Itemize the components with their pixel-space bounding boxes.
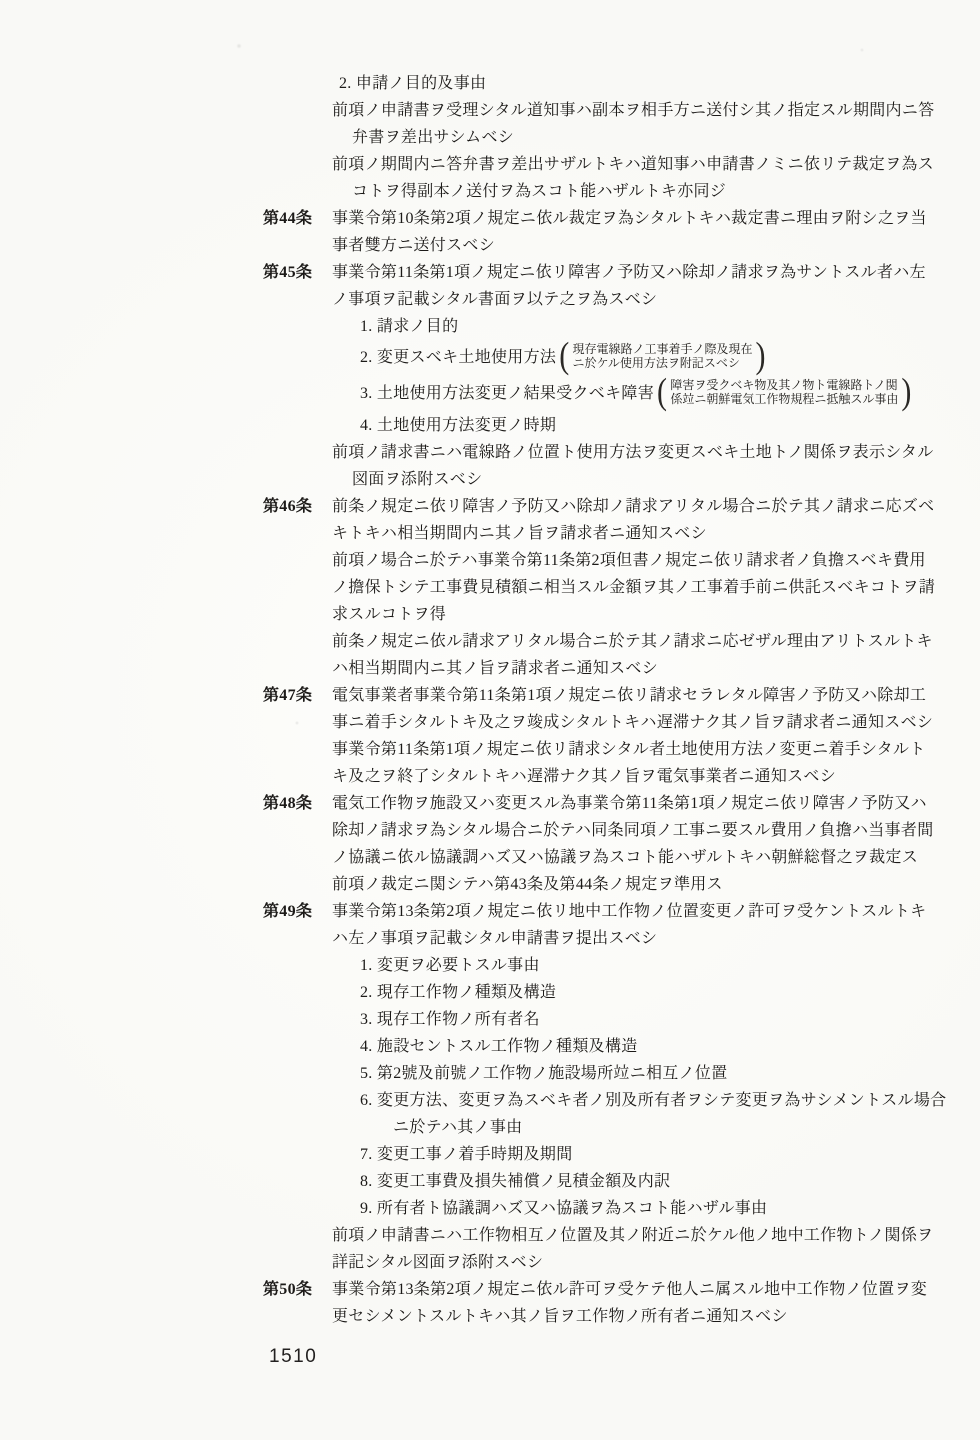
line-text: 前項ノ申請書ヲ受理シタル道知事ハ副本ヲ相手方ニ送付シ其ノ指定スル期間内ニ答 <box>332 97 934 124</box>
list-item-line: 6. 変更方法、変更ヲ為スベキ者ノ別及所有者ヲシテ変更ヲ為サシメントスル場合 <box>263 1087 953 1114</box>
line-text: ノ事項ヲ記載シタル書面ヲ以テ之ヲ為スベシ <box>332 286 657 313</box>
line-text: 前条ノ規定ニ依ル請求アリタル場合ニ於テ其ノ請求ニ応ゼザル理由アリトスルトキ <box>332 628 933 655</box>
page-number: 1510 <box>269 1346 317 1368</box>
text-line: ノ協議ニ依ル協議調ハズ又ハ協議ヲ為スコト能ハザルトキハ朝鮮総督之ヲ裁定ス <box>263 844 953 871</box>
text-line: 前項ノ場合ニ於テハ事業令第11条第2項但書ノ規定ニ依リ請求者ノ負擔スベキ費用 <box>263 547 953 574</box>
article-line: 第44条事業令第10条第2項ノ規定ニ依ル裁定ヲ為シタルトキハ裁定書ニ理由ヲ附シ之… <box>263 205 953 232</box>
line-text: 詳記シタル図面ヲ添附スベシ <box>332 1249 543 1276</box>
text-line: 図面ヲ添附スベシ <box>263 466 953 493</box>
article-line: 第47条電気事業者事業令第11条第1項ノ規定ニ依リ請求セラレタル障害ノ予防又ハ除… <box>263 682 953 709</box>
line-text: 事業令第13条第2項ノ規定ニ依リ地中工作物ノ位置変更ノ許可ヲ受ケントスルトキ <box>332 898 926 925</box>
list-item-line: 5. 第2號及前號ノ工作物ノ施設場所竝ニ相互ノ位置 <box>263 1060 953 1087</box>
article-number: 第49条 <box>263 898 312 925</box>
line-text: 事業令第11条第1項ノ規定ニ依リ障害ノ予防又ハ除却ノ請求ヲ為サントスル者ハ左 <box>332 259 926 286</box>
article-line: 第50条事業令第13条第2項ノ規定ニ依ル許可ヲ受ケテ他人ニ属スル地中工作物ノ位置… <box>263 1276 953 1303</box>
note-close-paren: ) <box>901 374 911 412</box>
text-line: 更セシメントスルトキハ其ノ旨ヲ工作物ノ所有者ニ通知スベシ <box>263 1303 953 1330</box>
text-line: 前項ノ申請書ヲ受理シタル道知事ハ副本ヲ相手方ニ送付シ其ノ指定スル期間内ニ答 <box>263 97 953 124</box>
line-text: 前項ノ申請書ニハ工作物相互ノ位置及其ノ附近ニ於ケル他ノ地中工作物トノ関係ヲ <box>332 1222 933 1249</box>
line-text: 4. 施設セントスル工作物ノ種類及構造 <box>360 1033 638 1060</box>
line-text: 更セシメントスルトキハ其ノ旨ヲ工作物ノ所有者ニ通知スベシ <box>332 1303 788 1330</box>
article-number: 第47条 <box>263 682 312 709</box>
line-text: 6. 変更方法、変更ヲ為スベキ者ノ別及所有者ヲシテ変更ヲ為サシメントスル場合 <box>360 1087 946 1114</box>
line-text: 2. 変更スベキ土地使用方法 <box>360 340 556 376</box>
note-text-stack: 障害ヲ受クベキ物及其ノ物ト電線路トノ関係竝ニ朝鮮電気工作物規程ニ抵触スル事由 <box>670 378 898 406</box>
line-text: 5. 第2號及前號ノ工作物ノ施設場所竝ニ相互ノ位置 <box>360 1060 728 1087</box>
line-text: 9. 所有者ト協議調ハズ又ハ協議ヲ為スコト能ハザル事由 <box>360 1195 767 1222</box>
line-text: 図面ヲ添附スベシ <box>352 466 482 493</box>
list-item-line: 4. 施設セントスル工作物ノ種類及構造 <box>263 1033 953 1060</box>
article-number: 第46条 <box>263 493 312 520</box>
line-text: ハ相当期間内ニ其ノ旨ヲ請求者ニ通知スベシ <box>332 655 658 682</box>
text-line: 前項ノ裁定ニ関シテハ第43条及第44条ノ規定ヲ準用ス <box>263 871 953 898</box>
text-line: ニ於テハ其ノ事由 <box>263 1114 953 1141</box>
article-line: 第49条事業令第13条第2項ノ規定ニ依リ地中工作物ノ位置変更ノ許可ヲ受ケントスル… <box>263 898 953 925</box>
article-line: 第46条前条ノ規定ニ依リ障害ノ予防又ハ除却ノ請求アリタル場合ニ於テ其ノ請求ニ応ズ… <box>263 493 953 520</box>
text-line: 事ニ着手シタルトキ及之ヲ竣成シタルトキハ遅滞ナク其ノ旨ヲ請求者ニ通知スベシ <box>263 709 953 736</box>
line-text: 事業令第11条第1項ノ規定ニ依リ請求シタル者土地使用方法ノ変更ニ着手シタルト <box>332 736 926 763</box>
line-text: ニ於テハ其ノ事由 <box>393 1114 522 1141</box>
article-number: 第48条 <box>263 790 312 817</box>
scanned-page: 2. 申請ノ目的及事由前項ノ申請書ヲ受理シタル道知事ハ副本ヲ相手方ニ送付シ其ノ指… <box>0 0 980 1440</box>
text-line: コトヲ得副本ノ送付ヲ為スコト能ハザルトキ亦同ジ <box>263 178 953 205</box>
text-line: 弁書ヲ差出サシムベシ <box>263 124 953 151</box>
line-text: 事者雙方ニ送付スベシ <box>332 232 495 259</box>
text-line: 前項ノ申請書ニハ工作物相互ノ位置及其ノ附近ニ於ケル他ノ地中工作物トノ関係ヲ <box>263 1222 953 1249</box>
article-number: 第44条 <box>263 205 312 232</box>
note-open-paren: ( <box>559 338 569 376</box>
text-line: 前条ノ規定ニ依ル請求アリタル場合ニ於テ其ノ請求ニ応ゼザル理由アリトスルトキ <box>263 628 953 655</box>
line-text: ノ協議ニ依ル協議調ハズ又ハ協議ヲ為スコト能ハザルトキハ朝鮮総督之ヲ裁定ス <box>332 844 918 871</box>
line-text: 電気工作物ヲ施設又ハ変更スル為事業令第11条第1項ノ規定ニ依リ障害ノ予防又ハ <box>332 790 927 817</box>
line-text: 2. 申請ノ目的及事由 <box>339 70 486 97</box>
text-line: キ及之ヲ終了シタルトキハ遅滞ナク其ノ旨ヲ電気事業者ニ通知スベシ <box>263 763 953 790</box>
list-item-line: 1. 請求ノ目的 <box>263 313 953 340</box>
line-text: 3. 土地使用方法変更ノ結果受クベキ障害 <box>360 376 654 412</box>
text-line: 事者雙方ニ送付スベシ <box>263 232 953 259</box>
text-line: ノ事項ヲ記載シタル書面ヲ以テ之ヲ為スベシ <box>263 286 953 313</box>
inline-parenthetical-note: (現存電線路ノ工事着手ノ際及現在ニ於ケル使用方法ヲ附記スベシ) <box>559 341 766 371</box>
line-text: 前項ノ裁定ニ関シテハ第43条及第44条ノ規定ヲ準用ス <box>332 871 723 898</box>
note-line: ニ於ケル使用方法ヲ附記スベシ <box>573 356 753 370</box>
line-text: 3. 現存工作物ノ所有者名 <box>360 1006 540 1033</box>
text-line: 除却ノ請求ヲ為シタル場合ニ於テハ同条同項ノ工事ニ要スル費用ノ負擔ハ当事者間 <box>263 817 953 844</box>
list-item-line: 2. 変更スベキ土地使用方法(現存電線路ノ工事着手ノ際及現在ニ於ケル使用方法ヲ附… <box>263 340 953 376</box>
line-text: 除却ノ請求ヲ為シタル場合ニ於テハ同条同項ノ工事ニ要スル費用ノ負擔ハ当事者間 <box>332 817 934 844</box>
article-number: 第50条 <box>263 1276 312 1303</box>
list-item-line: 9. 所有者ト協議調ハズ又ハ協議ヲ為スコト能ハザル事由 <box>263 1195 953 1222</box>
article-line: 第48条電気工作物ヲ施設又ハ変更スル為事業令第11条第1項ノ規定ニ依リ障害ノ予防… <box>263 790 953 817</box>
note-close-paren: ) <box>756 338 766 376</box>
line-text: ノ擔保トシテ工事費見積額ニ相当スル金額ヲ其ノ工事着手前ニ供託スベキコトヲ請 <box>332 574 935 601</box>
line-text: コトヲ得副本ノ送付ヲ為スコト能ハザルトキ亦同ジ <box>352 178 726 205</box>
line-text: キトキハ相当期間内ニ其ノ旨ヲ請求者ニ通知スベシ <box>332 520 707 547</box>
list-item-line: 7. 変更工事ノ着手時期及期間 <box>263 1141 953 1168</box>
inline-parenthetical-note: (障害ヲ受クベキ物及其ノ物ト電線路トノ関係竝ニ朝鮮電気工作物規程ニ抵触スル事由) <box>657 377 912 407</box>
text-line: 前項ノ期間内ニ答弁書ヲ差出サザルトキハ道知事ハ申請書ノミニ依リテ裁定ヲ為ス <box>263 151 953 178</box>
text-line: 2. 申請ノ目的及事由 <box>263 70 953 97</box>
line-text: 前条ノ規定ニ依リ障害ノ予防又ハ除却ノ請求アリタル場合ニ於テ其ノ請求ニ応ズベ <box>332 493 934 520</box>
line-text: 弁書ヲ差出サシムベシ <box>352 124 514 151</box>
line-text: 1. 変更ヲ必要トスル事由 <box>360 952 540 979</box>
line-text: 事業令第10条第2項ノ規定ニ依ル裁定ヲ為シタルトキハ裁定書ニ理由ヲ附シ之ヲ当 <box>332 205 927 232</box>
line-text: キ及之ヲ終了シタルトキハ遅滞ナク其ノ旨ヲ電気事業者ニ通知スベシ <box>332 763 836 790</box>
text-line: ノ擔保トシテ工事費見積額ニ相当スル金額ヲ其ノ工事着手前ニ供託スベキコトヲ請 <box>263 574 953 601</box>
text-line: 事業令第11条第1項ノ規定ニ依リ請求シタル者土地使用方法ノ変更ニ着手シタルト <box>263 736 953 763</box>
line-text: 8. 変更工事費及損失補償ノ見積金額及内訳 <box>360 1168 670 1195</box>
list-item-line: 1. 変更ヲ必要トスル事由 <box>263 952 953 979</box>
text-line: ハ相当期間内ニ其ノ旨ヲ請求者ニ通知スベシ <box>263 655 953 682</box>
line-text: ハ左ノ事項ヲ記載シタル申請書ヲ提出スベシ <box>332 925 657 952</box>
document-text: 2. 申請ノ目的及事由前項ノ申請書ヲ受理シタル道知事ハ副本ヲ相手方ニ送付シ其ノ指… <box>263 70 953 1330</box>
list-item-line: 4. 土地使用方法変更ノ時期 <box>263 412 953 439</box>
note-open-paren: ( <box>657 374 667 412</box>
article-line: 第45条事業令第11条第1項ノ規定ニ依リ障害ノ予防又ハ除却ノ請求ヲ為サントスル者… <box>263 259 953 286</box>
line-text: 電気事業者事業令第11条第1項ノ規定ニ依リ請求セラレタル障害ノ予防又ハ除却工 <box>332 682 926 709</box>
article-number: 第45条 <box>263 259 312 286</box>
line-text: 事業令第13条第2項ノ規定ニ依ル許可ヲ受ケテ他人ニ属スル地中工作物ノ位置ヲ変 <box>332 1276 927 1303</box>
line-text: 求スルコトヲ得 <box>332 601 446 628</box>
note-text-stack: 現存電線路ノ工事着手ノ際及現在ニ於ケル使用方法ヲ附記スベシ <box>573 342 753 370</box>
line-text: 7. 変更工事ノ着手時期及期間 <box>360 1141 573 1168</box>
line-text: 事ニ着手シタルトキ及之ヲ竣成シタルトキハ遅滞ナク其ノ旨ヲ請求者ニ通知スベシ <box>332 709 933 736</box>
line-text: 前項ノ場合ニ於テハ事業令第11条第2項但書ノ規定ニ依リ請求者ノ負擔スベキ費用 <box>332 547 926 574</box>
note-line: 現存電線路ノ工事着手ノ際及現在 <box>573 342 753 356</box>
text-line: キトキハ相当期間内ニ其ノ旨ヲ請求者ニ通知スベシ <box>263 520 953 547</box>
list-item-line: 3. 土地使用方法変更ノ結果受クベキ障害(障害ヲ受クベキ物及其ノ物ト電線路トノ関… <box>263 376 953 412</box>
text-line: 前項ノ請求書ニハ電線路ノ位置ト使用方法ヲ変更スベキ土地トノ関係ヲ表示シタル <box>263 439 953 466</box>
list-item-line: 3. 現存工作物ノ所有者名 <box>263 1006 953 1033</box>
line-text: 前項ノ期間内ニ答弁書ヲ差出サザルトキハ道知事ハ申請書ノミニ依リテ裁定ヲ為ス <box>332 151 934 178</box>
list-item-line: 8. 変更工事費及損失補償ノ見積金額及内訳 <box>263 1168 953 1195</box>
line-text: 1. 請求ノ目的 <box>360 313 458 340</box>
line-text: 2. 現存工作物ノ種類及構造 <box>360 979 556 1006</box>
text-line: 詳記シタル図面ヲ添附スベシ <box>263 1249 953 1276</box>
line-text: 前項ノ請求書ニハ電線路ノ位置ト使用方法ヲ変更スベキ土地トノ関係ヲ表示シタル <box>332 439 934 466</box>
list-item-line: 2. 現存工作物ノ種類及構造 <box>263 979 953 1006</box>
note-line: 係竝ニ朝鮮電気工作物規程ニ抵触スル事由 <box>670 392 898 406</box>
note-line: 障害ヲ受クベキ物及其ノ物ト電線路トノ関 <box>670 378 898 392</box>
text-line: ハ左ノ事項ヲ記載シタル申請書ヲ提出スベシ <box>263 925 953 952</box>
text-line: 求スルコトヲ得 <box>263 601 953 628</box>
line-text: 4. 土地使用方法変更ノ時期 <box>360 412 556 439</box>
